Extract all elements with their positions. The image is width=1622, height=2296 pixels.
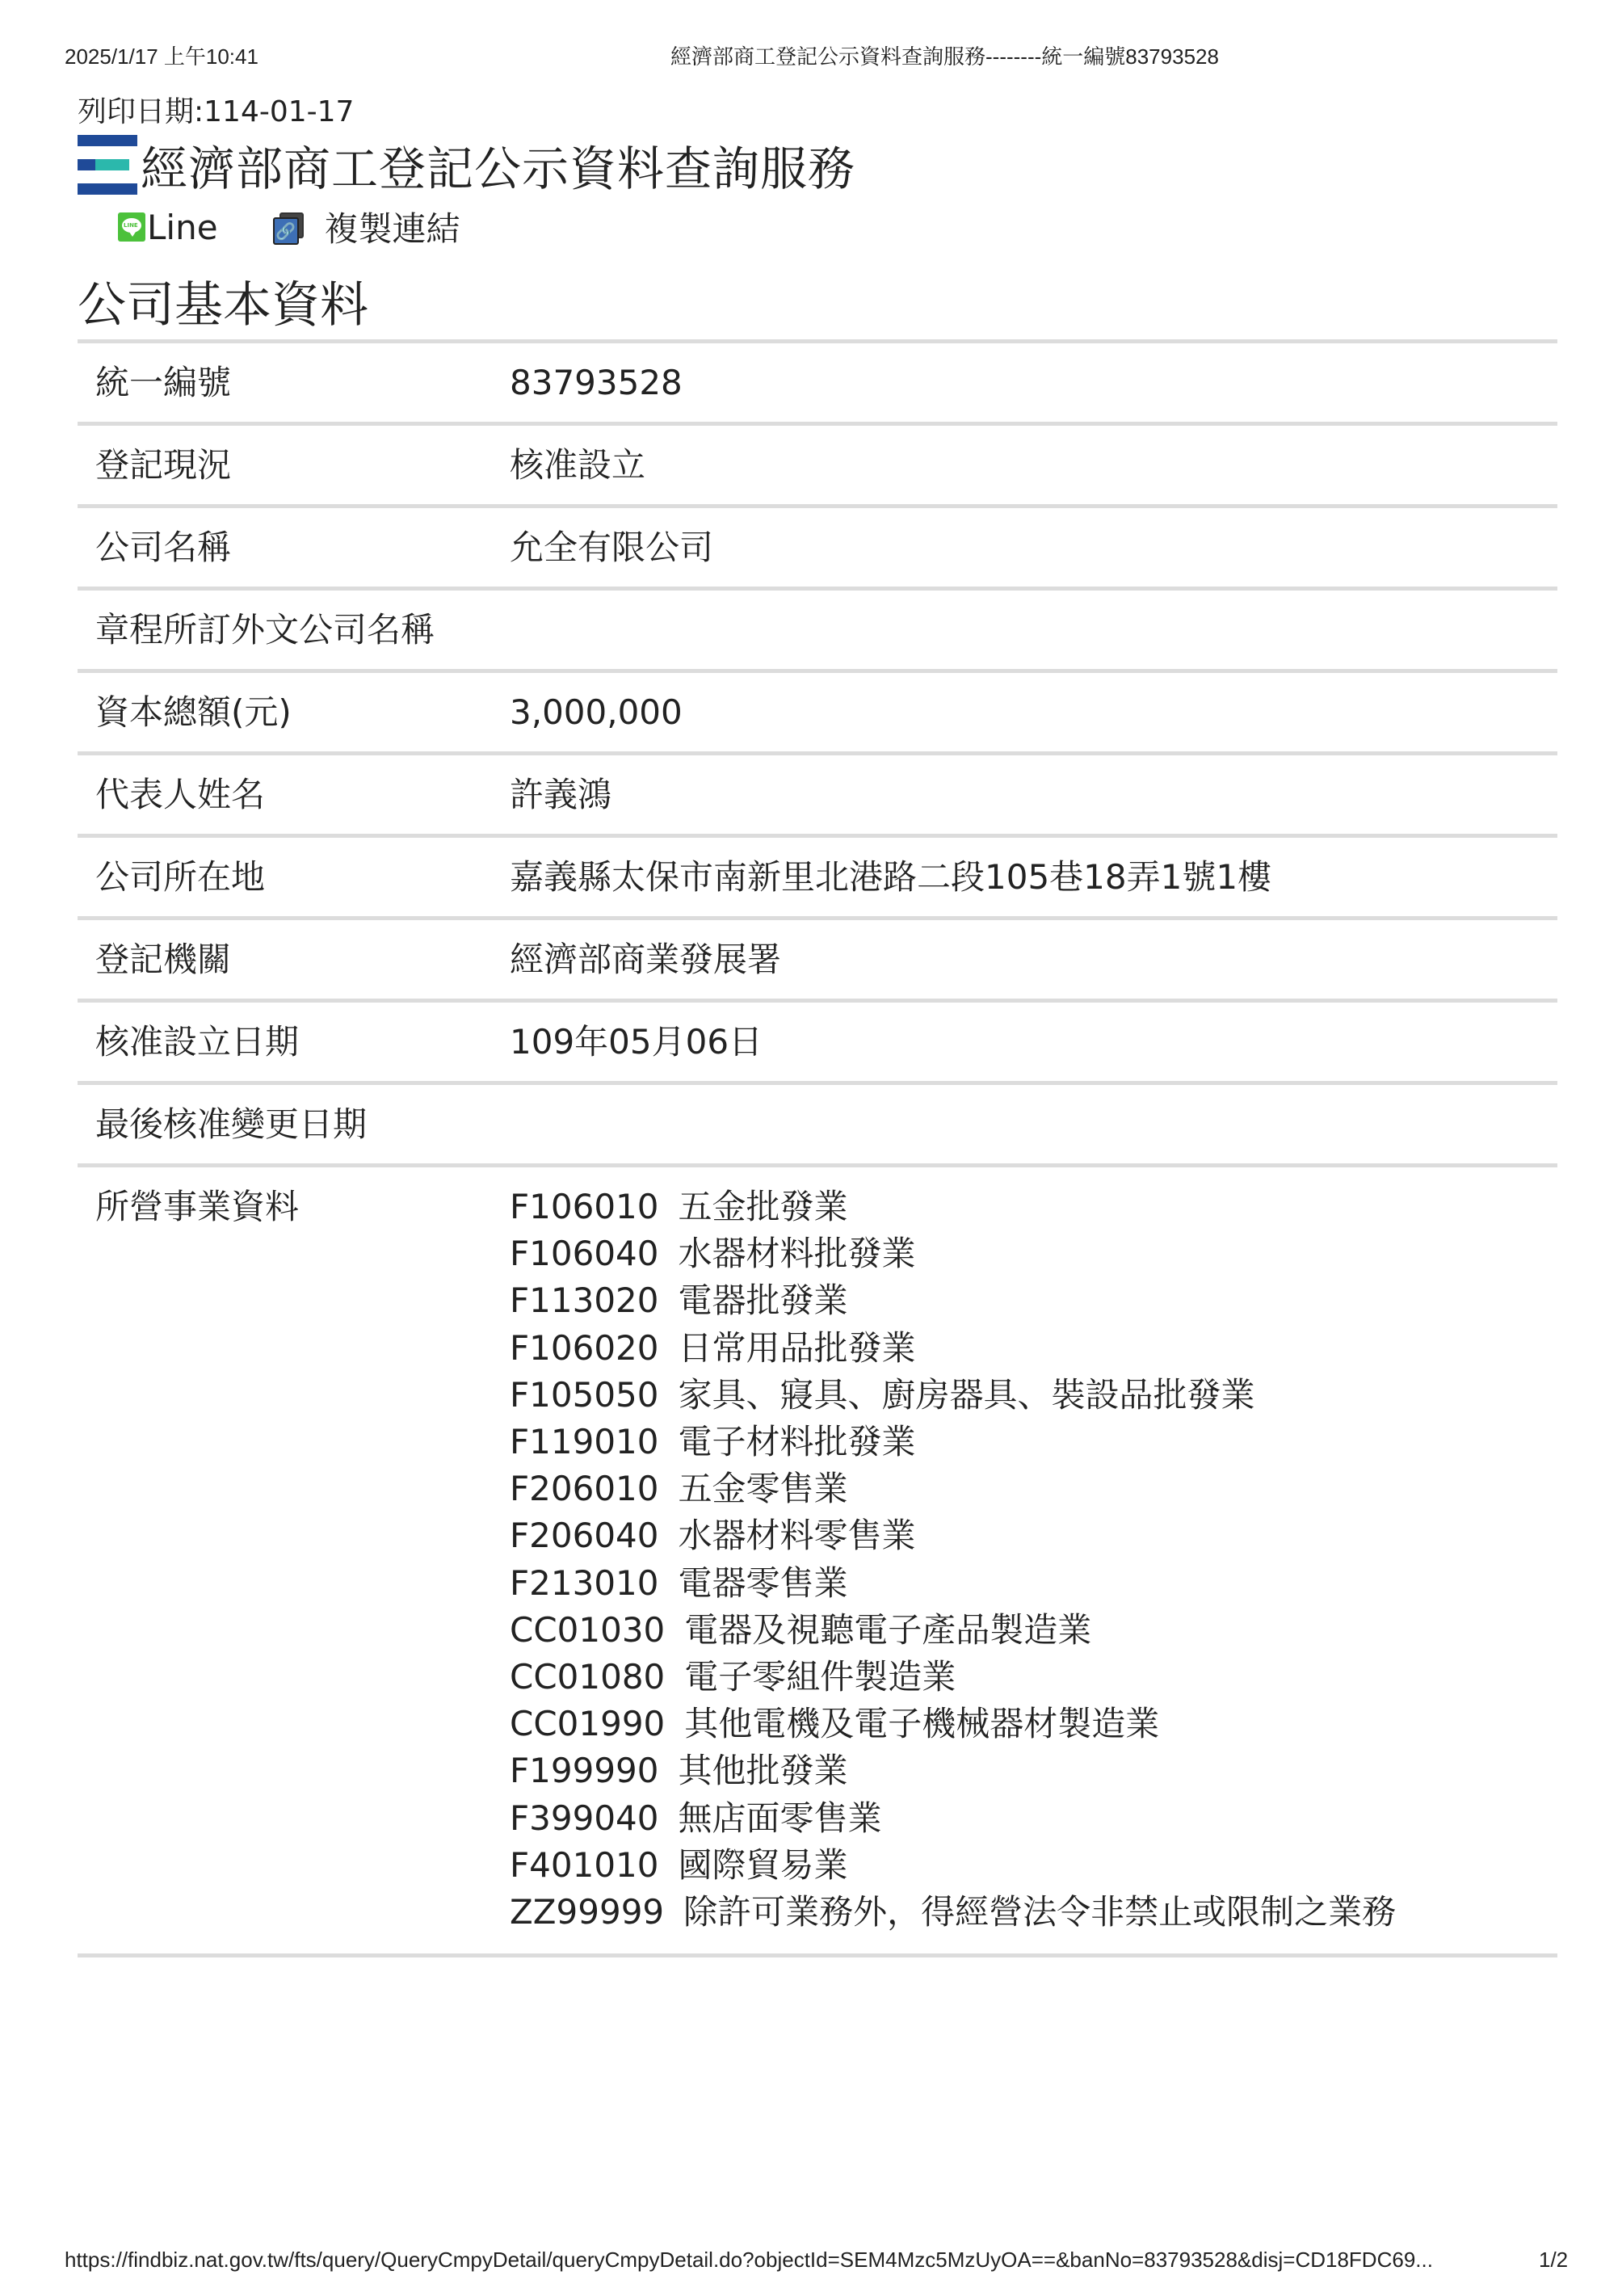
section-title: 公司基本資料 <box>78 267 368 336</box>
row-label: 核准設立日期 <box>78 1003 510 1081</box>
list-item: F199990其他批發業 <box>510 1747 1557 1794</box>
business-name: 電器零售業 <box>679 1563 848 1603</box>
business-code: F106040 <box>510 1234 659 1273</box>
list-item: F206040水器材料零售業 <box>510 1512 1557 1559</box>
row-value: 83793528 <box>510 343 1557 422</box>
print-header-title: 經濟部商工登記公示資料查詢服務--------統一編號83793528 <box>670 40 1219 70</box>
business-code: CC01080 <box>510 1657 665 1697</box>
business-code: F206010 <box>510 1469 659 1508</box>
business-name: 五金批發業 <box>679 1187 848 1226</box>
list-item: F105050家具、寢具、廚房器具、裝設品批發業 <box>510 1372 1557 1419</box>
business-name: 電器批發業 <box>679 1280 848 1320</box>
business-name: 日常用品批發業 <box>679 1328 916 1368</box>
copy-link-button[interactable]: 🔗 複製連結 <box>273 203 460 251</box>
business-name: 家具、寢具、廚房器具、裝設品批發業 <box>679 1375 1255 1415</box>
business-code: F119010 <box>510 1422 659 1461</box>
row-label: 資本總額(元) <box>78 673 510 751</box>
business-name: 水器材料零售業 <box>679 1516 916 1555</box>
business-name: 其他批發業 <box>679 1751 848 1790</box>
business-code: F206040 <box>510 1516 659 1555</box>
row-value: 經濟部商業發展署 <box>510 920 1557 999</box>
business-name: 電子材料批發業 <box>679 1422 916 1461</box>
business-code: F399040 <box>510 1798 659 1838</box>
table-row: 公司所在地 嘉義縣太保市南新里北港路二段105巷18弄1號1樓 <box>78 834 1557 916</box>
table-row: 資本總額(元) 3,000,000 <box>78 669 1557 751</box>
business-name: 電子零組件製造業 <box>684 1657 956 1697</box>
list-item: F106020日常用品批發業 <box>510 1325 1557 1372</box>
table-bottom-divider <box>78 1953 1557 1957</box>
list-item: F399040無店面零售業 <box>510 1795 1557 1842</box>
line-icon: LINE <box>118 212 145 242</box>
business-code: F213010 <box>510 1563 659 1603</box>
copy-link-icon: 🔗 <box>273 212 302 242</box>
table-row: 公司名稱 允全有限公司 <box>78 504 1557 587</box>
row-label: 代表人姓名 <box>78 755 510 834</box>
site-header: 經濟部商工登記公示資料查詢服務 <box>78 131 855 199</box>
row-value: 允全有限公司 <box>510 508 1557 587</box>
row-label: 公司名稱 <box>78 508 510 587</box>
share-line-button[interactable]: LINE Line <box>118 208 218 247</box>
business-name: 水器材料批發業 <box>679 1234 916 1273</box>
table-row: 統一編號 83793528 <box>78 339 1557 422</box>
site-title[interactable]: 經濟部商工登記公示資料查詢服務 <box>141 131 855 199</box>
business-code: F199990 <box>510 1751 659 1790</box>
business-code: F106020 <box>510 1328 659 1368</box>
row-value: 嘉義縣太保市南新里北港路二段105巷18弄1號1樓 <box>510 838 1557 916</box>
row-value: 許義鴻 <box>510 755 1557 834</box>
business-code: ZZ99999 <box>510 1892 664 1932</box>
table-row: 最後核准變更日期 <box>78 1081 1557 1163</box>
print-datetime: 2025/1/17 上午10:41 <box>65 40 258 70</box>
share-bar: LINE Line 🔗 複製連結 <box>118 208 515 246</box>
business-code: F401010 <box>510 1845 659 1885</box>
row-label: 統一編號 <box>78 343 510 422</box>
list-item: F213010電器零售業 <box>510 1560 1557 1607</box>
business-name: 電器及視聽電子產品製造業 <box>684 1610 1091 1650</box>
list-item: F106040水器材料批發業 <box>510 1230 1557 1277</box>
list-item: F119010電子材料批發業 <box>510 1419 1557 1465</box>
business-code: F106010 <box>510 1187 659 1226</box>
list-item: F401010國際貿易業 <box>510 1842 1557 1889</box>
row-value: 核准設立 <box>510 426 1557 504</box>
row-label: 公司所在地 <box>78 838 510 916</box>
list-item: ZZ99999除許可業務外，得經營法令非禁止或限制之業務 <box>510 1889 1557 1936</box>
print-date: 列印日期:114-01-17 <box>78 89 354 130</box>
list-item: F113020電器批發業 <box>510 1277 1557 1324</box>
print-header: 2025/1/17 上午10:41 經濟部商工登記公示資料查詢服務-------… <box>0 40 1622 73</box>
table-row: 代表人姓名 許義鴻 <box>78 751 1557 834</box>
page-number: 1/2 <box>1539 2248 1568 2273</box>
table-row: 核准設立日期 109年05月06日 <box>78 999 1557 1081</box>
business-name: 除許可業務外，得經營法令非禁止或限制之業務 <box>683 1892 1396 1932</box>
list-item: CC01080電子零組件製造業 <box>510 1654 1557 1701</box>
row-label: 所營事業資料 <box>78 1167 510 1230</box>
moea-logo-icon[interactable] <box>78 135 137 195</box>
business-name: 國際貿易業 <box>679 1845 848 1885</box>
business-code: F105050 <box>510 1375 659 1415</box>
row-label: 最後核准變更日期 <box>78 1085 510 1163</box>
list-item: F106010五金批發業 <box>510 1184 1557 1230</box>
table-row: 登記機關 經濟部商業發展署 <box>78 916 1557 999</box>
page-url: https://findbiz.nat.gov.tw/fts/query/Que… <box>65 2248 1433 2273</box>
business-name: 五金零售業 <box>679 1469 848 1508</box>
share-line-label: Line <box>147 208 218 247</box>
list-item: CC01990其他電機及電子機械器材製造業 <box>510 1701 1557 1747</box>
business-name: 其他電機及電子機械器材製造業 <box>684 1704 1159 1743</box>
copy-link-label: 複製連結 <box>325 203 460 251</box>
business-name: 無店面零售業 <box>679 1798 882 1838</box>
table-row-business: 所營事業資料 F106010五金批發業 F106040水器材料批發業 F1130… <box>78 1163 1557 1953</box>
list-item: CC01030電器及視聽電子產品製造業 <box>510 1607 1557 1654</box>
business-code: CC01030 <box>510 1610 665 1650</box>
table-row: 章程所訂外文公司名稱 <box>78 587 1557 669</box>
row-value: 3,000,000 <box>510 673 1557 751</box>
business-items-list: F106010五金批發業 F106040水器材料批發業 F113020電器批發業… <box>510 1167 1557 1953</box>
company-info-table: 統一編號 83793528 登記現況 核准設立 公司名稱 允全有限公司 章程所訂… <box>78 339 1557 1957</box>
business-code: F113020 <box>510 1280 659 1320</box>
row-label: 登記機關 <box>78 920 510 999</box>
row-label: 章程所訂外文公司名稱 <box>78 591 510 669</box>
business-code: CC01990 <box>510 1704 665 1743</box>
list-item: F206010五金零售業 <box>510 1465 1557 1512</box>
row-label: 登記現況 <box>78 426 510 504</box>
row-value: 109年05月06日 <box>510 1003 1557 1081</box>
table-row: 登記現況 核准設立 <box>78 422 1557 504</box>
